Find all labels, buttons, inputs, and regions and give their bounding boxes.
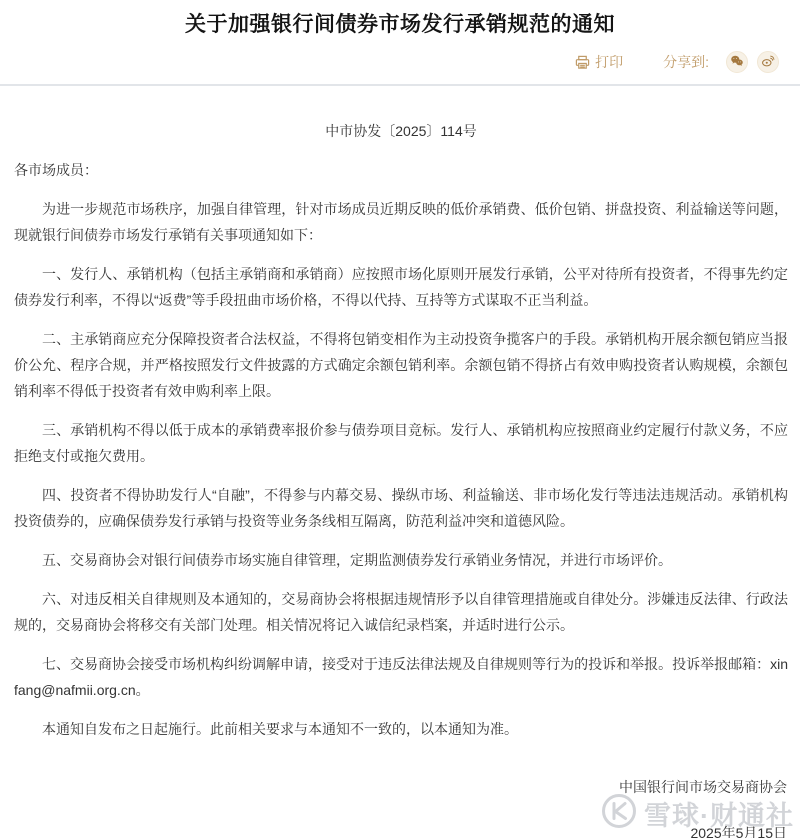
notice-paragraph: 三、承销机构不得以低于成本的承销费率报价参与债券项目竞标。发行人、承销机构应按照… [14,417,788,469]
notice-paragraph: 七、交易商协会接受市场机构纠纷调解申请，接受对于违反法律法规及自律规则等行为的投… [14,651,788,703]
notice-content: 中市协发〔2025〕114号 各市场成员： 为进一步规范市场秩序，加强自律管理，… [0,118,800,838]
page-title: 关于加强银行间债券市场发行承销规范的通知 [0,0,800,38]
notice-paragraph: 五、交易商协会对银行间债券市场实施自律管理，定期监测债券发行承销业务情况，并进行… [14,547,788,573]
notice-paragraph: 一、发行人、承销机构（包括主承销商和承销商）应按照市场化原则开展发行承销，公平对… [14,261,788,313]
notice-paragraph: 六、对违反相关自律规则及本通知的，交易商协会将根据违规情形予以自律管理措施或自律… [14,586,788,638]
salutation: 各市场成员： [14,157,788,183]
signature-block: 中国银行间市场交易商协会 2025年5月15日 [14,774,788,838]
notice-paragraph: 四、投资者不得协助发行人“自融”，不得参与内幕交易、操纵市场、利益输送、非市场化… [14,482,788,534]
toolbar: 打印 分享到: [0,50,800,74]
signature-org: 中国银行间市场交易商协会 [14,774,787,800]
notice-paragraph: 本通知自发布之日起施行。此前相关要求与本通知不一致的，以本通知为准。 [14,716,788,742]
share-weibo-button[interactable] [757,51,779,73]
printer-icon [575,55,590,70]
print-button[interactable]: 打印 [575,52,623,72]
notice-paragraph: 为进一步规范市场秩序，加强自律管理，针对市场成员近期反映的低价承销费、低价包销、… [14,196,788,248]
notice-body: 为进一步规范市场秩序，加强自律管理，针对市场成员近期反映的低价承销费、低价包销、… [14,196,788,742]
share-to-label: 分享到: [663,52,709,72]
notice-paragraph: 二、主承销商应充分保障投资者合法权益，不得将包销变相作为主动投资争揽客户的手段。… [14,326,788,404]
wechat-icon [730,54,744,71]
signature-date: 2025年5月15日 [14,820,787,838]
print-label: 打印 [595,52,623,72]
doc-number: 中市协发〔2025〕114号 [14,118,788,144]
share-wechat-button[interactable] [726,51,748,73]
toolbar-divider [0,84,800,86]
weibo-icon [761,54,775,71]
